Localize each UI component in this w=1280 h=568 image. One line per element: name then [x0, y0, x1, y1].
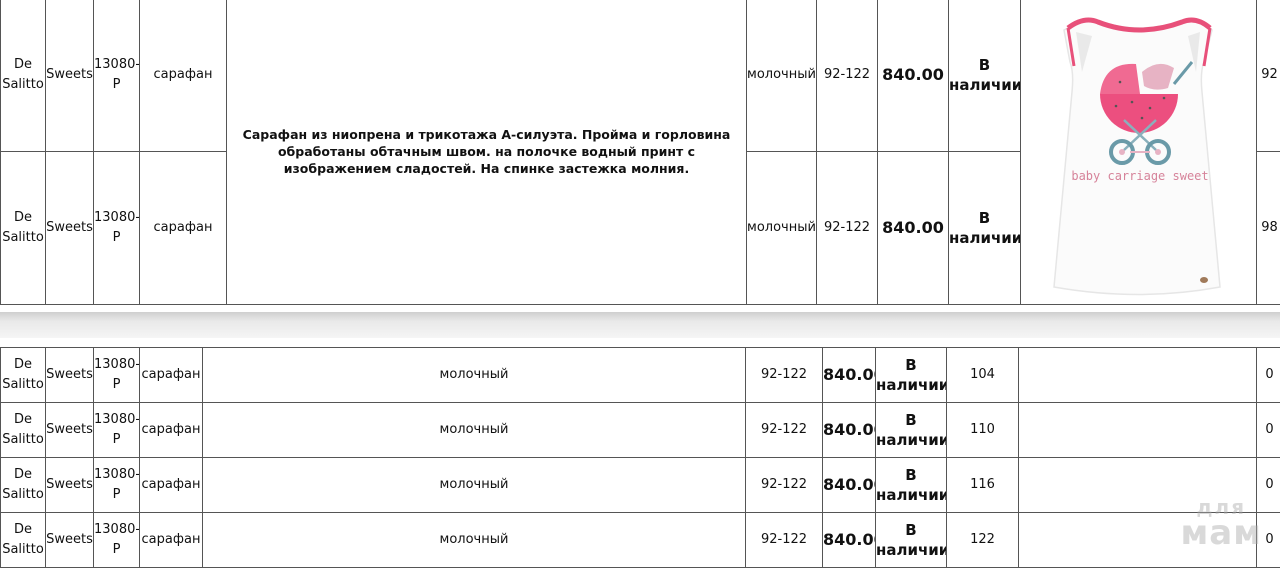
- price-cell: 840.00: [878, 0, 949, 152]
- article-cell: 13080-P: [94, 403, 140, 458]
- color-cell: молочный: [203, 403, 746, 458]
- color-cell: молочный: [747, 152, 817, 305]
- quantity-cell: 0: [1257, 513, 1280, 568]
- stock-status-cell: В наличии: [876, 458, 947, 513]
- quantity-cell: 0: [1257, 403, 1280, 458]
- brand-cell: De Salitto: [1, 458, 46, 513]
- table-row: De Salitto Sweets 13080-P сарафан молочн…: [1, 458, 1280, 513]
- article-cell: 13080-P: [94, 0, 140, 152]
- section-divider: [0, 312, 1280, 338]
- stock-status-cell: В наличии: [876, 348, 947, 403]
- product-image-cell: baby carriage sweet: [1021, 0, 1257, 305]
- empty-cell: [1019, 458, 1257, 513]
- stock-status-cell: В наличии: [949, 152, 1021, 305]
- table-row: De Salitto Sweets 13080-P сарафан Сарафа…: [1, 0, 1280, 152]
- brand-cell: De Salitto: [1, 403, 46, 458]
- price-cell: 840.00: [823, 403, 876, 458]
- size-cell: 116: [947, 458, 1019, 513]
- table-row: De Salitto Sweets 13080-P сарафан молочн…: [1, 348, 1280, 403]
- type-cell: сарафан: [140, 348, 203, 403]
- table-row: De Salitto Sweets 13080-P сарафан молочн…: [1, 513, 1280, 568]
- collection-cell: Sweets: [46, 348, 94, 403]
- type-cell: сарафан: [140, 0, 227, 152]
- size-range-cell: 92-122: [817, 152, 878, 305]
- stock-status-cell: В наличии: [876, 403, 947, 458]
- brand-cell: De Salitto: [1, 152, 46, 305]
- brand-cell: De Salitto: [1, 348, 46, 403]
- type-cell: сарафан: [140, 458, 203, 513]
- product-image: baby carriage sweet: [1024, 2, 1254, 302]
- svg-text:baby carriage sweet: baby carriage sweet: [1071, 169, 1208, 183]
- collection-cell: Sweets: [46, 458, 94, 513]
- color-cell: молочный: [747, 0, 817, 152]
- collection-cell: Sweets: [46, 403, 94, 458]
- price-cell: 840.00: [823, 348, 876, 403]
- product-table-top: De Salitto Sweets 13080-P сарафан Сарафа…: [0, 0, 1280, 305]
- size-cell: 104: [947, 348, 1019, 403]
- product-table-bottom: De Salitto Sweets 13080-P сарафан молочн…: [0, 347, 1280, 568]
- type-cell: сарафан: [140, 152, 227, 305]
- quantity-cell: 0: [1257, 458, 1280, 513]
- stock-status-cell: В наличии: [949, 0, 1021, 152]
- collection-cell: Sweets: [46, 152, 94, 305]
- article-cell: 13080-P: [94, 458, 140, 513]
- article-cell: 13080-P: [94, 348, 140, 403]
- collection-cell: Sweets: [46, 0, 94, 152]
- size-range-cell: 92-122: [746, 513, 823, 568]
- brand-cell: De Salitto: [1, 513, 46, 568]
- size-range-cell: 92-122: [746, 348, 823, 403]
- color-cell: молочный: [203, 458, 746, 513]
- size-cell: 92: [1257, 0, 1280, 152]
- size-cell: 110: [947, 403, 1019, 458]
- type-cell: сарафан: [140, 513, 203, 568]
- article-cell: 13080-P: [94, 152, 140, 305]
- quantity-cell: 0: [1257, 348, 1280, 403]
- empty-cell: [1019, 348, 1257, 403]
- size-range-cell: 92-122: [746, 458, 823, 513]
- price-cell: 840.00: [823, 458, 876, 513]
- type-cell: сарафан: [140, 403, 203, 458]
- price-cell: 840.00: [878, 152, 949, 305]
- article-cell: 13080-P: [94, 513, 140, 568]
- size-cell: 98: [1257, 152, 1280, 305]
- size-cell: 122: [947, 513, 1019, 568]
- empty-cell: [1019, 403, 1257, 458]
- price-cell: 840.00: [823, 513, 876, 568]
- brand-cell: De Salitto: [1, 0, 46, 152]
- empty-cell: [1019, 513, 1257, 568]
- collection-cell: Sweets: [46, 513, 94, 568]
- description-cell: Сарафан из ниопрена и трикотажа А-силуэт…: [227, 0, 747, 305]
- color-cell: молочный: [203, 348, 746, 403]
- size-range-cell: 92-122: [817, 0, 878, 152]
- size-range-cell: 92-122: [746, 403, 823, 458]
- stock-status-cell: В наличии: [876, 513, 947, 568]
- table-row: De Salitto Sweets 13080-P сарафан молочн…: [1, 403, 1280, 458]
- color-cell: молочный: [203, 513, 746, 568]
